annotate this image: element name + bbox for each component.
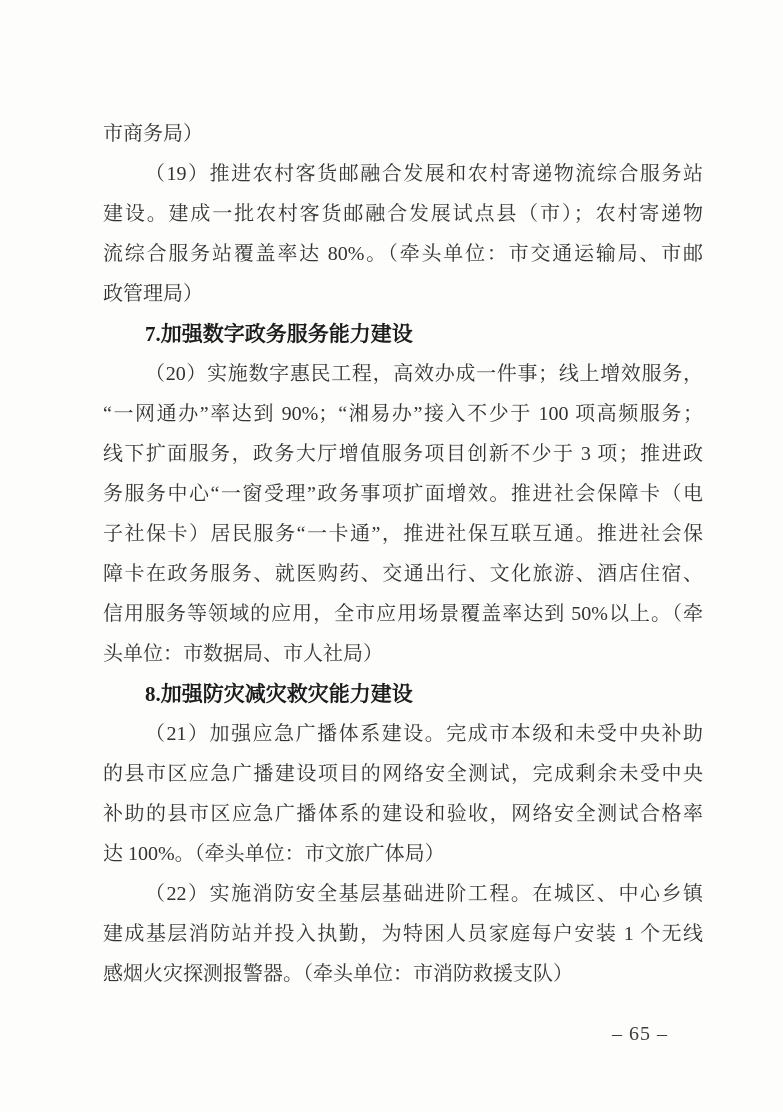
text-line: 建成基层消防站并投入执勤，为特困人员家庭每户安装 1 个无线 — [103, 914, 703, 954]
text-line: （21）加强应急广播体系建设。完成市本级和未受中央补助 — [103, 714, 703, 754]
section-heading: 8.加强防灾减灾救灾能力建设 — [103, 674, 703, 714]
text-line: 流综合服务站覆盖率达 80%。（牵头单位：市交通运输局、市邮 — [103, 234, 703, 274]
text-line: 障卡在政务服务、就医购药、交通出行、文化旅游、酒店住宿、 — [103, 554, 703, 594]
text-line: 子社保卡）居民服务“一卡通”，推进社保互联互通。推进社会保 — [103, 514, 703, 554]
text-line: “一网通办”率达到 90%；“湘易办”接入不少于 100 项高频服务； — [103, 394, 703, 434]
text-line: 线下扩面服务，政务大厅增值服务项目创新不少于 3 项；推进政 — [103, 434, 703, 474]
text-line: 达 100%。（牵头单位：市文旅广体局） — [103, 834, 703, 874]
text-line: 信用服务等领域的应用，全市应用场景覆盖率达到 50%以上。（牵 — [103, 594, 703, 634]
text-line: 头单位：市数据局、市人社局） — [103, 634, 703, 674]
section-heading: 7.加强数字政务服务能力建设 — [103, 314, 703, 354]
text-line: （22）实施消防安全基层基础进阶工程。在城区、中心乡镇 — [103, 874, 703, 914]
text-line: 市商务局） — [103, 114, 703, 154]
page-number: – 65 – — [612, 1022, 732, 1046]
text-line: 务服务中心“一窗受理”政务事项扩面增效。推进社会保障卡（电 — [103, 474, 703, 514]
text-line: 的县市区应急广播建设项目的网络安全测试，完成剩余未受中央 — [103, 754, 703, 794]
text-block: 市商务局）（19）推进农村客货邮融合发展和农村寄递物流综合服务站建设。建成一批农… — [103, 114, 703, 994]
text-line: 感烟火灾探测报警器。（牵头单位：市消防救援支队） — [103, 954, 703, 994]
document-page: 市商务局）（19）推进农村客货邮融合发展和农村寄递物流综合服务站建设。建成一批农… — [0, 0, 783, 1112]
text-line: 补助的县市区应急广播体系的建设和验收，网络安全测试合格率 — [103, 794, 703, 834]
text-line: 政管理局） — [103, 274, 703, 314]
text-line: （20）实施数字惠民工程，高效办成一件事；线上增效服务， — [103, 354, 703, 394]
text-line: （19）推进农村客货邮融合发展和农村寄递物流综合服务站 — [103, 154, 703, 194]
text-line: 建设。建成一批农村客货邮融合发展试点县（市）；农村寄递物 — [103, 194, 703, 234]
